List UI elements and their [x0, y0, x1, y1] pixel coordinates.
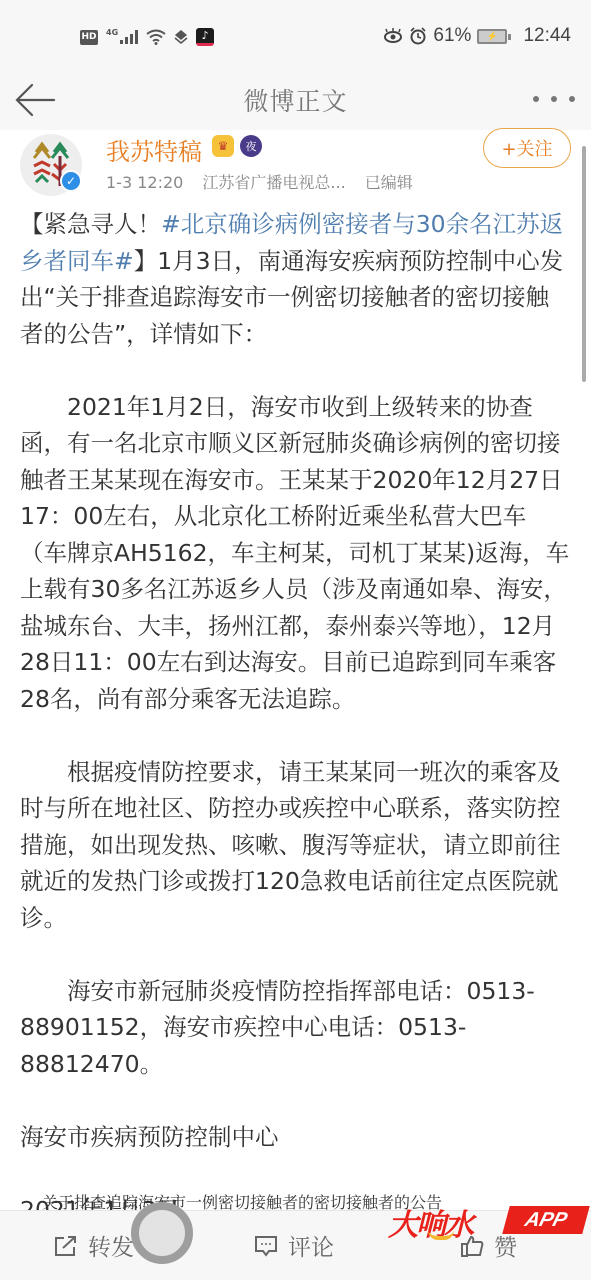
page-title: 微博正文 — [0, 82, 591, 118]
author-name[interactable]: 我苏特稿 — [106, 132, 202, 167]
nav-bar: 微博正文 — [0, 72, 591, 130]
4g-icon: 4G — [106, 28, 118, 37]
post-meta: 1-3 12:20 江苏省广播电视总... 已编辑 — [106, 170, 427, 193]
author-header: ✓ 我苏特稿 ♛ 夜 1-3 12:20 江苏省广播电视总... 已编辑 +关注 — [0, 130, 591, 200]
status-right-icons: 61% ⚡ 12:44 — [383, 24, 571, 48]
signal-icon — [120, 30, 138, 44]
night-mode-badge-icon[interactable]: 夜 — [240, 135, 262, 157]
watermark-app: APP — [502, 1206, 590, 1234]
alarm-icon — [409, 27, 427, 45]
watermark-text: 大响水 — [388, 1200, 472, 1244]
edited-label[interactable]: 已编辑 — [365, 173, 413, 192]
repost-button[interactable]: 转发 — [54, 1229, 134, 1262]
paragraph-1: 2021年1月2日，海安市收到上级转来的协查函，有一名北京市顺义区新冠肺炎确诊病… — [20, 389, 570, 718]
status-left-icons: HD 4G ♪ — [80, 26, 214, 48]
verified-badge-icon: ✓ — [60, 170, 82, 192]
crown-member-badge-icon[interactable]: ♛ — [212, 135, 234, 157]
repost-icon — [54, 1235, 78, 1257]
more-dots-icon — [533, 96, 539, 102]
comment-button[interactable]: 评论 — [254, 1229, 334, 1262]
watermark-logo: 大响水 APP — [388, 1200, 588, 1242]
tiktok-app-icon: ♪ — [196, 28, 214, 46]
post-intro: 【紧急寻人！#北京确诊病例密接者与30余名江苏返乡者同车#】1月3日，南通海安疾… — [20, 206, 570, 352]
paragraph-3: 海安市新冠肺炎疫情防控指挥部电话：0513-88901152，海安市疾控中心电话… — [20, 973, 570, 1083]
battery-percent: 61% — [433, 25, 471, 47]
status-bar: HD 4G ♪ 61% ⚡ 12:44 — [0, 0, 591, 72]
post-source: 江苏省广播电视总... — [202, 173, 345, 192]
signature: 海安市疾病预防控制中心 — [20, 1119, 570, 1156]
follow-button[interactable]: +关注 — [483, 128, 571, 168]
more-button[interactable] — [533, 84, 575, 114]
touch-indicator — [131, 1202, 193, 1264]
hd-icon: HD — [80, 30, 98, 45]
comment-label: 评论 — [288, 1229, 334, 1262]
post-time: 1-3 12:20 — [106, 173, 183, 192]
paragraph-2: 根据疫情防控要求，请王某某同一班次的乘客及时与所在地社区、防控办或疾控中心联系，… — [20, 754, 570, 937]
clock: 12:44 — [523, 25, 571, 47]
battery-icon: ⚡ — [477, 29, 507, 44]
post-body: 【紧急寻人！#北京确诊病例密接者与30余名江苏返乡者同车#】1月3日，南通海安疾… — [20, 206, 570, 1265]
layers-icon — [174, 29, 188, 45]
eye-comfort-icon — [383, 28, 403, 44]
repost-label: 转发 — [88, 1229, 134, 1262]
comment-icon — [254, 1235, 278, 1257]
wifi-icon — [146, 29, 166, 45]
scrollbar[interactable] — [582, 146, 586, 382]
